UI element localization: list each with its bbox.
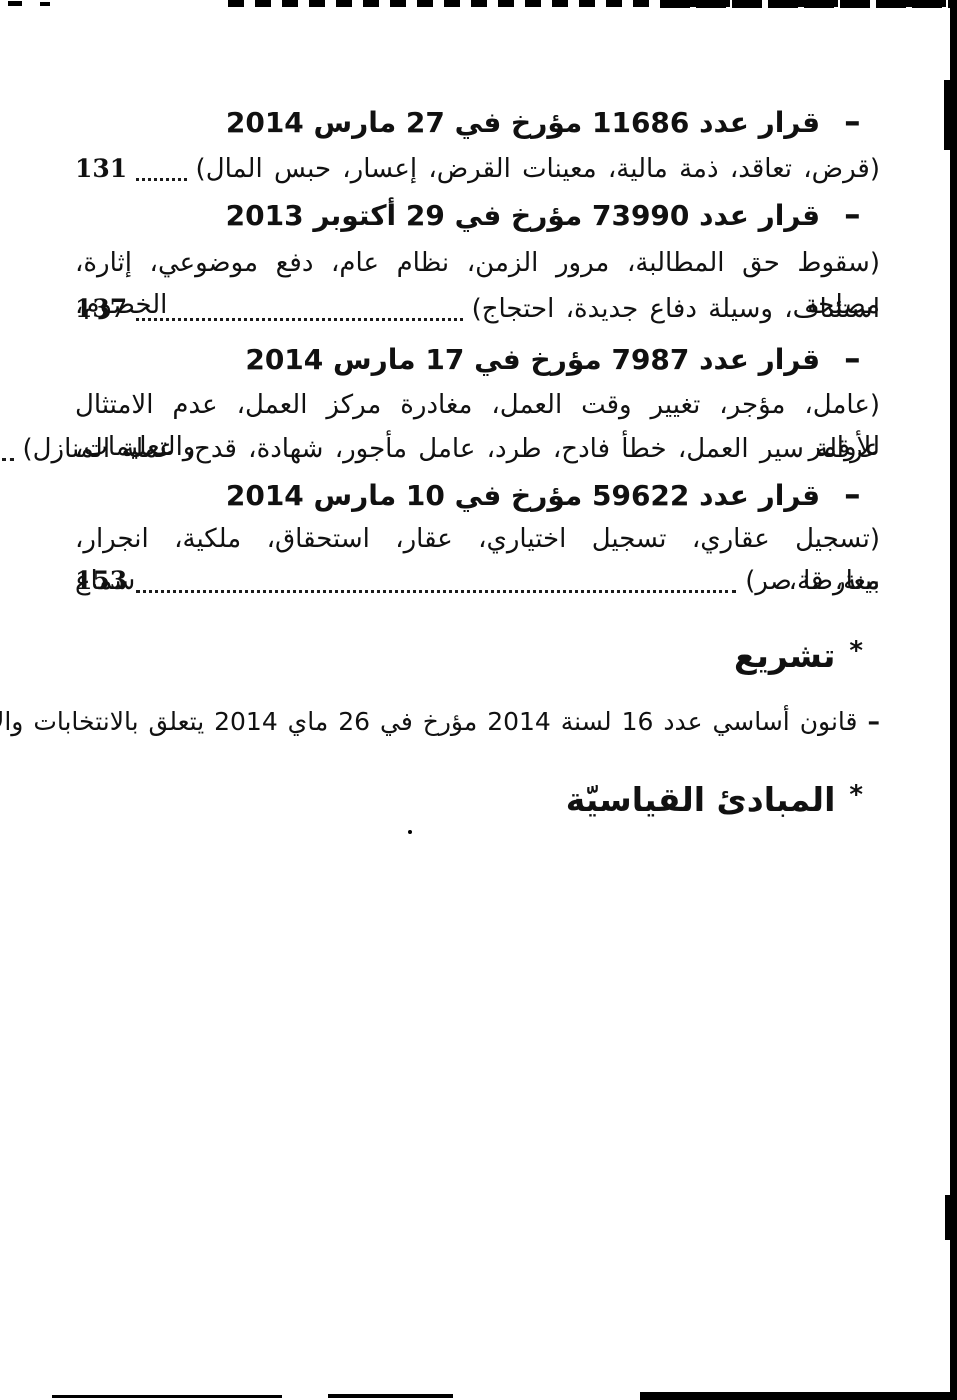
decision-title-text: قرار عدد 7987 مؤرخ في 17 مارس 2014 xyxy=(245,340,820,380)
law-entry-text: قانون أساسي عدد 16 لسنة 2014 مؤرخ في 26 … xyxy=(0,702,858,742)
scan-artifact-speck xyxy=(408,830,412,834)
section-heading-principles: * المبادئ القياسيّة xyxy=(566,780,862,820)
toc-entry-decision-7987: - قرار عدد 7987 مؤرخ في 17 مارس 2014 xyxy=(245,340,858,380)
toc-entry-decision-11686: - قرار عدد 11686 مؤرخ في 27 مارس 2014 xyxy=(226,103,858,143)
toc-entry-keywords-line: عرقلة سير العمل، خطأ فادح، طرد، عامل مأج… xyxy=(75,428,880,470)
section-heading-text: المبادئ القياسيّة xyxy=(566,780,836,820)
toc-entry-decision-73990: - قرار عدد 73990 مؤرخ في 29 أكتوبر 2013 xyxy=(226,196,858,236)
decision-title-text: قرار عدد 73990 مؤرخ في 29 أكتوبر 2013 xyxy=(226,196,820,236)
keywords-text: بينة، قا صر) xyxy=(745,560,880,602)
toc-entry-keywords-line: بينة، قا صر) 153 xyxy=(75,560,880,602)
page-number: 131 xyxy=(75,148,127,190)
scan-artifact-right-blob xyxy=(945,1195,952,1240)
scan-artifact-right-blob xyxy=(944,80,952,150)
scan-artifact-top-dashes-dense xyxy=(660,0,957,8)
dot-leader xyxy=(136,590,736,593)
dot-leader xyxy=(136,318,462,321)
dot-leader xyxy=(2,458,14,461)
list-dash-marker: - xyxy=(844,340,861,380)
keywords-text: استئناف، وسيلة دفاع جديدة، احتجاج) xyxy=(472,288,880,330)
scan-artifact-bottom-edge xyxy=(640,1392,957,1400)
toc-entry-decision-59622: - قرار عدد 59622 مؤرخ في 10 مارس 2014 xyxy=(226,476,858,516)
star-bullet: * xyxy=(849,780,862,810)
star-bullet: * xyxy=(849,636,862,666)
toc-entry-keywords-line: (قرض، تعاقد، ذمة مالية، معينات القرض، إع… xyxy=(75,148,880,190)
toc-entry-law-16-2014: – قانون أساسي عدد 16 لسنة 2014 مؤرخ في 2… xyxy=(75,700,880,742)
scanned-toc-page: - قرار عدد 11686 مؤرخ في 27 مارس 2014 (ق… xyxy=(0,0,957,1400)
list-dash-marker: - xyxy=(844,196,861,236)
toc-entry-keywords-line: استئناف، وسيلة دفاع جديدة، احتجاج) 137 xyxy=(75,288,880,330)
page-number: 137 xyxy=(75,288,127,330)
scan-artifact-speck xyxy=(40,2,50,6)
decision-title-text: قرار عدد 11686 مؤرخ في 27 مارس 2014 xyxy=(226,103,820,143)
scan-artifact-bottom-edge xyxy=(328,1394,453,1398)
scan-artifact-right-edge xyxy=(950,0,957,1400)
scan-artifact-speck xyxy=(8,1,22,6)
list-dash-marker: - xyxy=(844,476,861,516)
keywords-text: (قرض، تعاقد، ذمة مالية، معينات القرض، إع… xyxy=(196,148,880,190)
section-heading-text: تشريع xyxy=(734,636,835,676)
keywords-text: عرقلة سير العمل، خطأ فادح، طرد، عامل مأج… xyxy=(23,428,880,470)
section-heading-legislation: * تشريع xyxy=(734,636,862,676)
scan-artifact-bottom-edge xyxy=(52,1395,282,1398)
dot-leader xyxy=(136,178,186,181)
decision-title-text: قرار عدد 59622 مؤرخ في 10 مارس 2014 xyxy=(226,476,820,516)
page-number: 153 xyxy=(75,560,127,602)
list-dash-marker: - xyxy=(844,103,861,143)
list-dash-marker: – xyxy=(868,702,881,742)
